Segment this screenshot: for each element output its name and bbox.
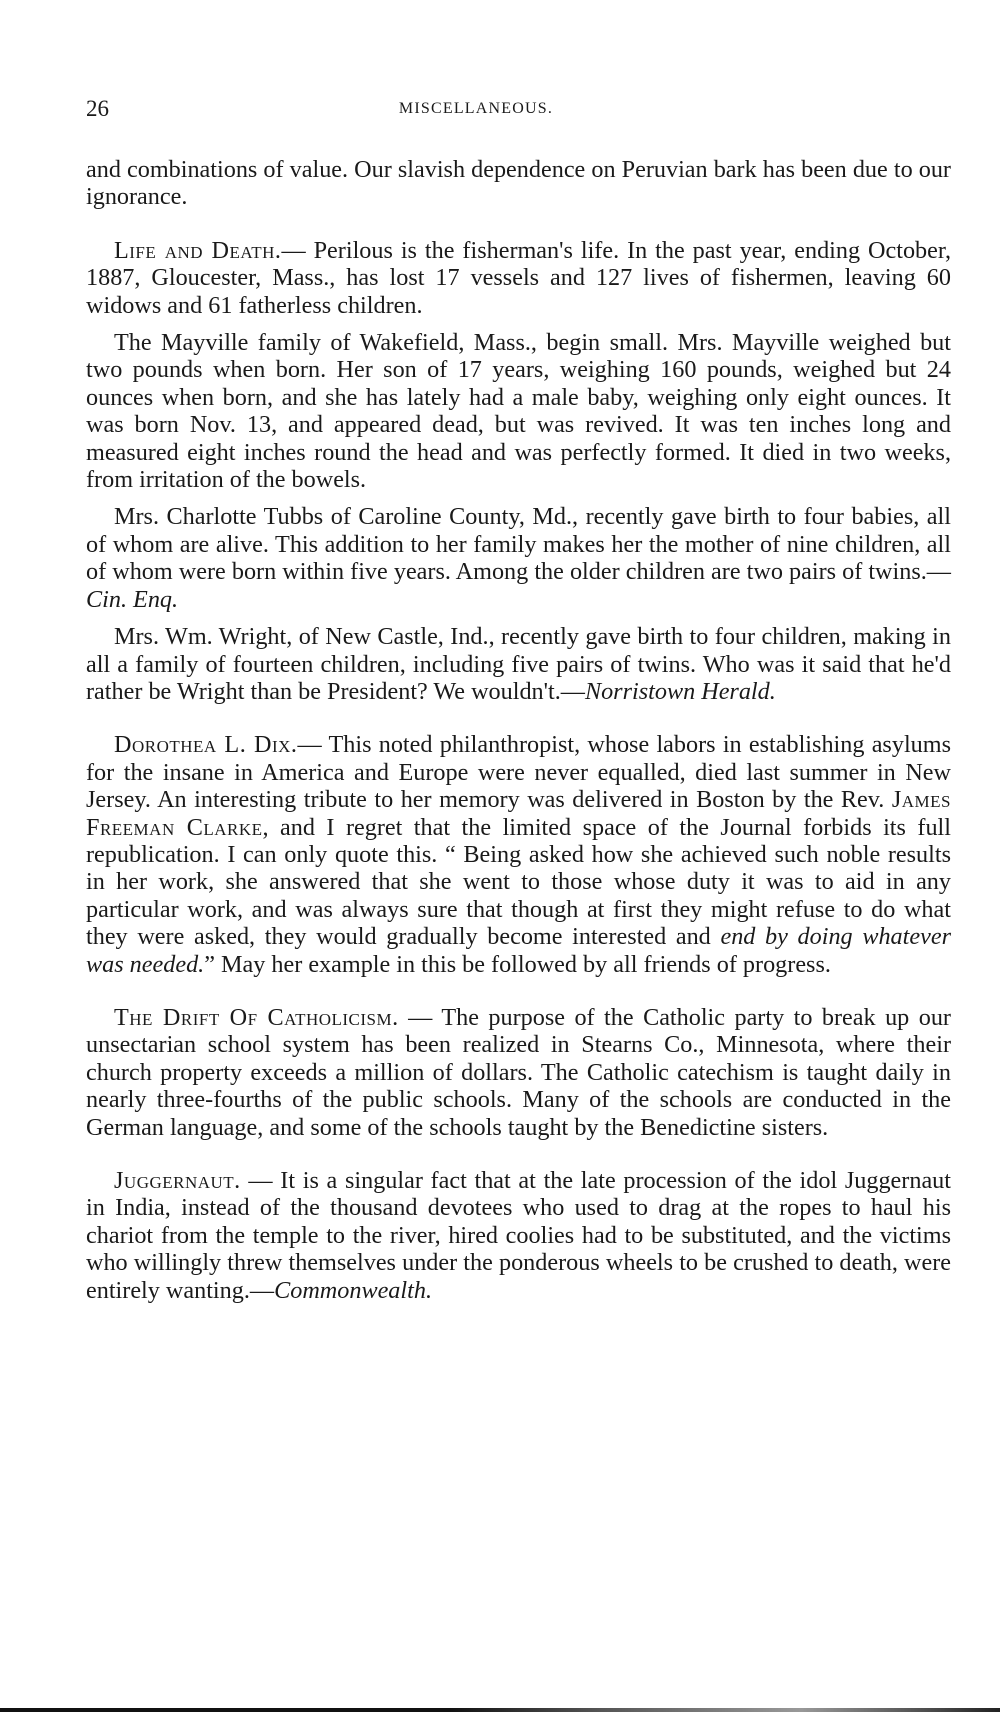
paragraph-wright: Mrs. Wm. Wright, of New Castle, Ind., re… xyxy=(86,623,951,705)
paragraph-tubbs: Mrs. Charlotte Tubbs of Caroline County,… xyxy=(86,503,951,613)
source-citation: Commonwealth. xyxy=(274,1277,432,1304)
page-header: 26 MISCELLANEOUS. xyxy=(86,96,951,126)
section-heading: Life and Death. xyxy=(114,237,281,264)
em-dash: — xyxy=(399,1004,442,1031)
em-dash: — xyxy=(281,237,313,264)
em-dash: — xyxy=(241,1167,281,1194)
paragraph-text: Mrs. Charlotte Tubbs of Caroline County,… xyxy=(86,503,951,585)
paragraph-continuation: and combinations of value. Our slavish d… xyxy=(86,156,951,211)
paragraph-text: ” May her example in this be followed by… xyxy=(204,951,831,978)
paragraph-dix: Dorothea L. Dix.— This noted philanthrop… xyxy=(86,731,951,978)
running-head: MISCELLANEOUS. xyxy=(86,100,866,118)
section-heading: Juggernaut. xyxy=(114,1167,241,1194)
source-citation: Norristown Herald. xyxy=(585,678,776,705)
section-heading: The Drift Of Catholicism. xyxy=(114,1004,399,1031)
source-citation: Cin. Enq. xyxy=(86,586,178,613)
paragraph-life-and-death: Life and Death.— Perilous is the fisherm… xyxy=(86,237,951,319)
page-bottom-rule xyxy=(0,1708,1000,1712)
paragraph-text: Mrs. Wm. Wright, of New Castle, Ind., re… xyxy=(86,623,951,705)
paragraph-juggernaut: Juggernaut. — It is a singular fact that… xyxy=(86,1167,951,1304)
section-heading: Dorothea L. Dix. xyxy=(114,731,297,758)
paragraph-text: and combinations of value. Our slavish d… xyxy=(86,156,951,210)
em-dash: — xyxy=(297,731,328,758)
paragraph-catholicism: The Drift Of Catholicism. — The purpose … xyxy=(86,1004,951,1141)
paragraph-text: The Mayville family of Wakefield, Mass.,… xyxy=(86,329,951,493)
body-text: and combinations of value. Our slavish d… xyxy=(86,156,951,1304)
paragraph-mayville: The Mayville family of Wakefield, Mass.,… xyxy=(86,329,951,493)
